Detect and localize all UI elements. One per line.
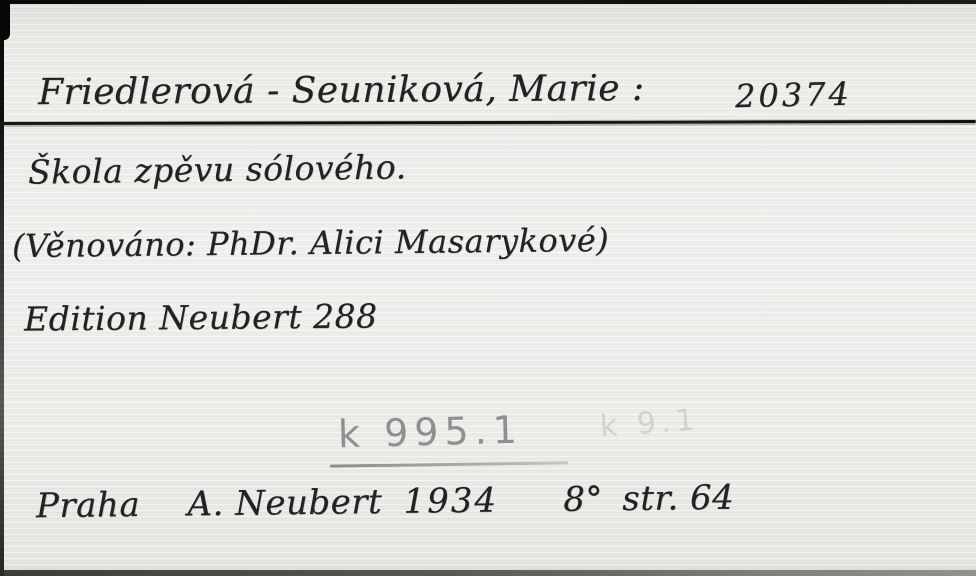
header-rule-divider <box>0 120 976 125</box>
shelfmark-ghost: k 9.1 <box>599 403 701 445</box>
imprint-place: Praha <box>36 485 141 526</box>
shelfmark-pencil: k 995.1 <box>337 408 523 457</box>
work-title: Škola zpěvu sólového. <box>28 147 407 191</box>
scan-artifact-top-edge <box>0 0 976 4</box>
shelfmark-underline <box>330 461 568 467</box>
scan-artifact-left-edge <box>0 0 4 576</box>
dedication-note: (Věnováno: PhDr. Alici Masarykové) <box>12 221 610 265</box>
scan-artifact-bottom-edge <box>0 570 976 576</box>
edition-statement: Edition Neubert 288 <box>24 296 378 338</box>
imprint-publisher: A. Neubert <box>187 482 382 524</box>
accession-number: 20374 <box>735 75 853 115</box>
author-heading: Friedlerová - Seuniková, Marie : <box>38 68 645 113</box>
scan-artifact-corner-blob <box>0 0 10 40</box>
imprint-format: 8° <box>563 479 603 519</box>
catalog-card: Friedlerová - Seuniková, Marie : 20374 Š… <box>0 0 976 576</box>
imprint-pages: str. 64 <box>622 478 734 519</box>
imprint-year: 1934 <box>403 481 498 522</box>
imprint-line: Praha A. Neubert 1934 8° str. 64 <box>36 478 735 527</box>
